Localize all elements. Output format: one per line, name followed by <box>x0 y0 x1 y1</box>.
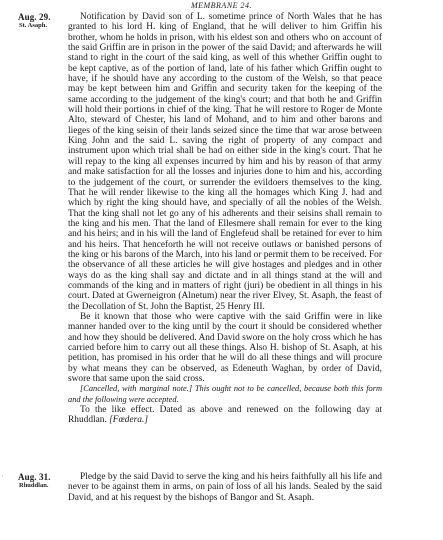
paragraph-like-effect: To the like effect. Dated as above and r… <box>68 405 382 426</box>
margin-note: Aug. 29. St. Asaph. <box>18 12 66 30</box>
entry-date: Aug. 31. <box>18 472 66 482</box>
paragraph-notification: Notification by David son of L. sometime… <box>68 12 382 312</box>
margin-note: Aug. 31. Rhuddlan. <box>18 472 66 490</box>
entry-body: Pledge by the said David to serve the ki… <box>68 472 382 503</box>
margin-mark: ' <box>2 475 3 481</box>
source-citation: [Fœdera.] <box>109 415 148 425</box>
cancellation-note: [Cancelled, with marginal note.] This ou… <box>68 384 382 405</box>
paragraph-be-it-known: Be it known that those who were captive … <box>68 312 382 384</box>
paragraph-pledge: Pledge by the said David to serve the ki… <box>68 472 382 503</box>
entry-body: Notification by David son of L. sometime… <box>68 12 382 426</box>
entry-place: St. Asaph. <box>18 22 66 30</box>
entry-date: Aug. 29. <box>18 12 66 22</box>
membrane-header: MEMBRANE 24. <box>0 1 443 11</box>
entry-place: Rhuddlan. <box>18 482 66 490</box>
note-bracket: [Cancelled, with marginal note.] <box>80 384 192 393</box>
